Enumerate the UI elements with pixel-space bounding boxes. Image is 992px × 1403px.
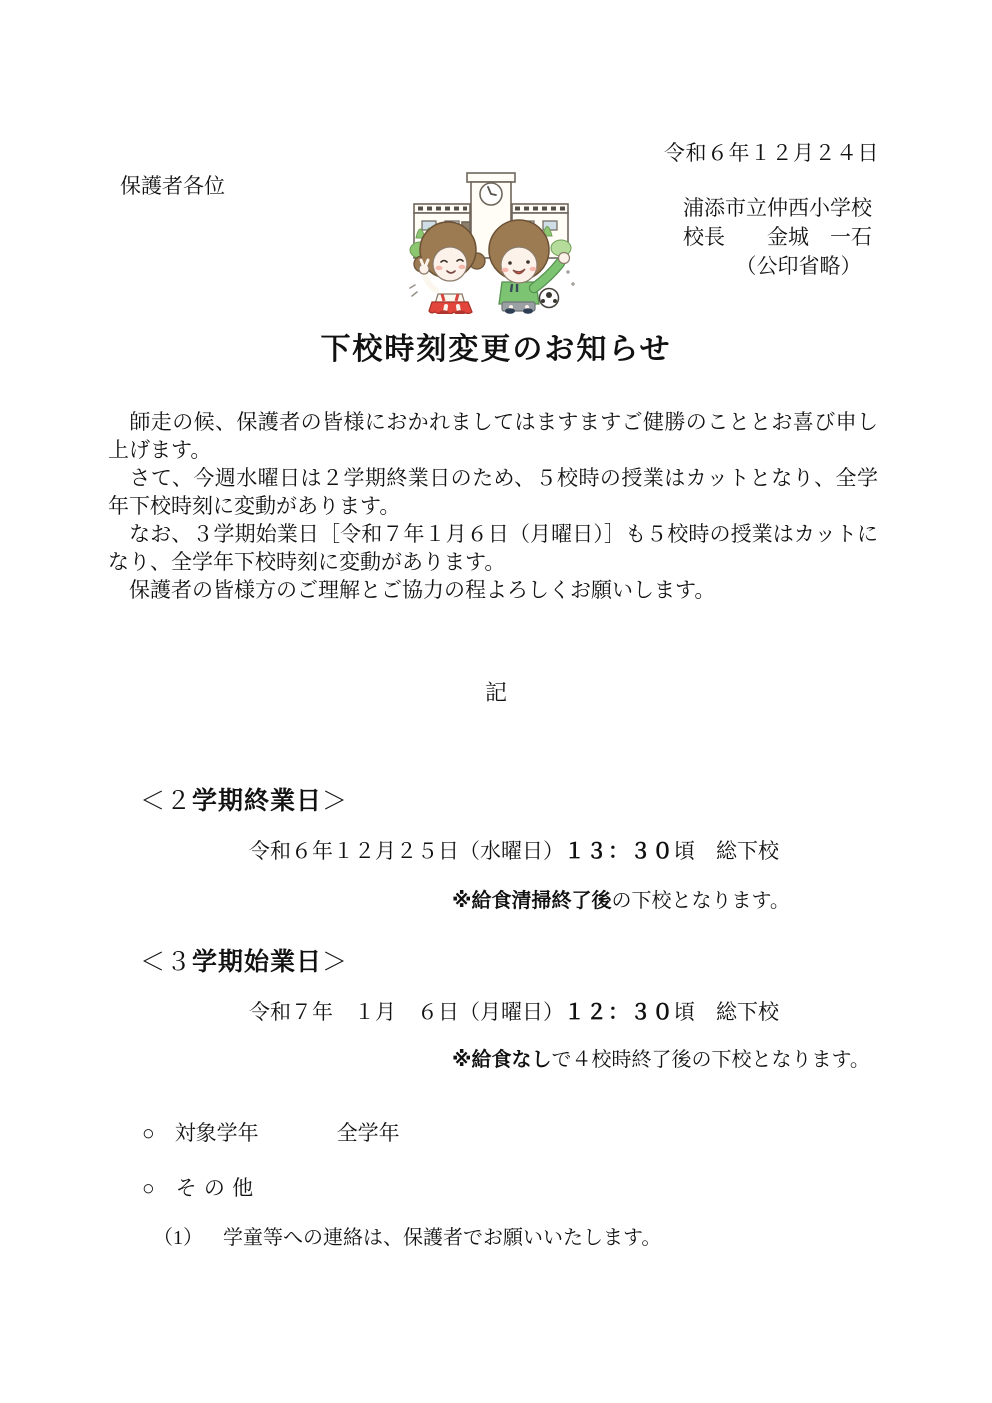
reference-mark: ※: [452, 890, 471, 912]
schedule-line-term2: 令和６年１２月２５日（水曜日）１３：３０頃 総下校: [249, 835, 779, 865]
clock-icon: [480, 183, 502, 205]
section-heading-term3: ＜３学期始業日＞: [140, 942, 348, 978]
footnote: （1）学童等への連絡は、保護者でお願いいたします。: [153, 1221, 661, 1250]
soccer-ball-icon: [540, 289, 559, 308]
circle-marker: ○: [142, 1176, 156, 1200]
footnote-text: 学童等への連絡は、保護者でお願いいたします。: [223, 1227, 661, 1249]
dismissal-time: １２：３０: [564, 1001, 674, 1024]
item-label: そ の 他: [176, 1176, 255, 1200]
note-line-term2: ※給食清掃終了後の下校となります。: [452, 884, 790, 913]
body-paragraph: なお、３学期始業日［令和７年１月６日（月曜日）］も５校時の授業はカットになり、全…: [108, 520, 878, 576]
seal-note: （公印省略）: [683, 252, 872, 281]
body-text: 師走の候、保護者の皆様におかれましてはますますご健勝のこととお喜び申し上げます。…: [108, 408, 878, 604]
body-paragraph: 師走の候、保護者の皆様におかれましてはますますご健勝のこととお喜び申し上げます。: [108, 408, 878, 464]
body-paragraph: 保護者の皆様方のご理解とご協力の程よろしくお願いします。: [108, 576, 878, 604]
notice-document: 令和６年１２月２４日 保護者各位: [0, 0, 992, 1403]
principal-name: 校長 金城 一石: [683, 223, 872, 252]
section-heading-term2: ＜２学期終業日＞: [140, 781, 348, 817]
item-label: 対象学年: [175, 1121, 259, 1145]
item-value: 全学年: [337, 1121, 400, 1145]
schedule-line-term3: 令和７年 １月 ６日（月曜日）１２：３０頃 総下校: [249, 996, 779, 1026]
reference-mark: ※: [452, 1049, 471, 1071]
body-paragraph: さて、今週水曜日は２学期終業日のため、５校時の授業はカットとなり、全学年下校時刻…: [108, 464, 878, 520]
item-other: ○そ の 他: [142, 1172, 254, 1202]
sender-block: 浦添市立仲西小学校 校長 金城 一石 （公印省略）: [683, 194, 872, 281]
school-kids-illustration: [398, 164, 583, 314]
item-target-grades: ○対象学年全学年: [142, 1117, 400, 1147]
issue-date: 令和６年１２月２４日: [664, 137, 879, 167]
record-marker: 記: [0, 676, 992, 707]
school-name: 浦添市立仲西小学校: [683, 194, 872, 223]
recipient-line: 保護者各位: [120, 170, 225, 200]
page-title: 下校時刻変更のお知らせ: [0, 324, 992, 368]
footnote-number: （1）: [153, 1227, 203, 1249]
note-line-term3: ※給食なしで４校時終了後の下校となります。: [452, 1043, 870, 1072]
circle-marker: ○: [142, 1121, 155, 1145]
dismissal-time: １３：３０: [564, 840, 674, 863]
